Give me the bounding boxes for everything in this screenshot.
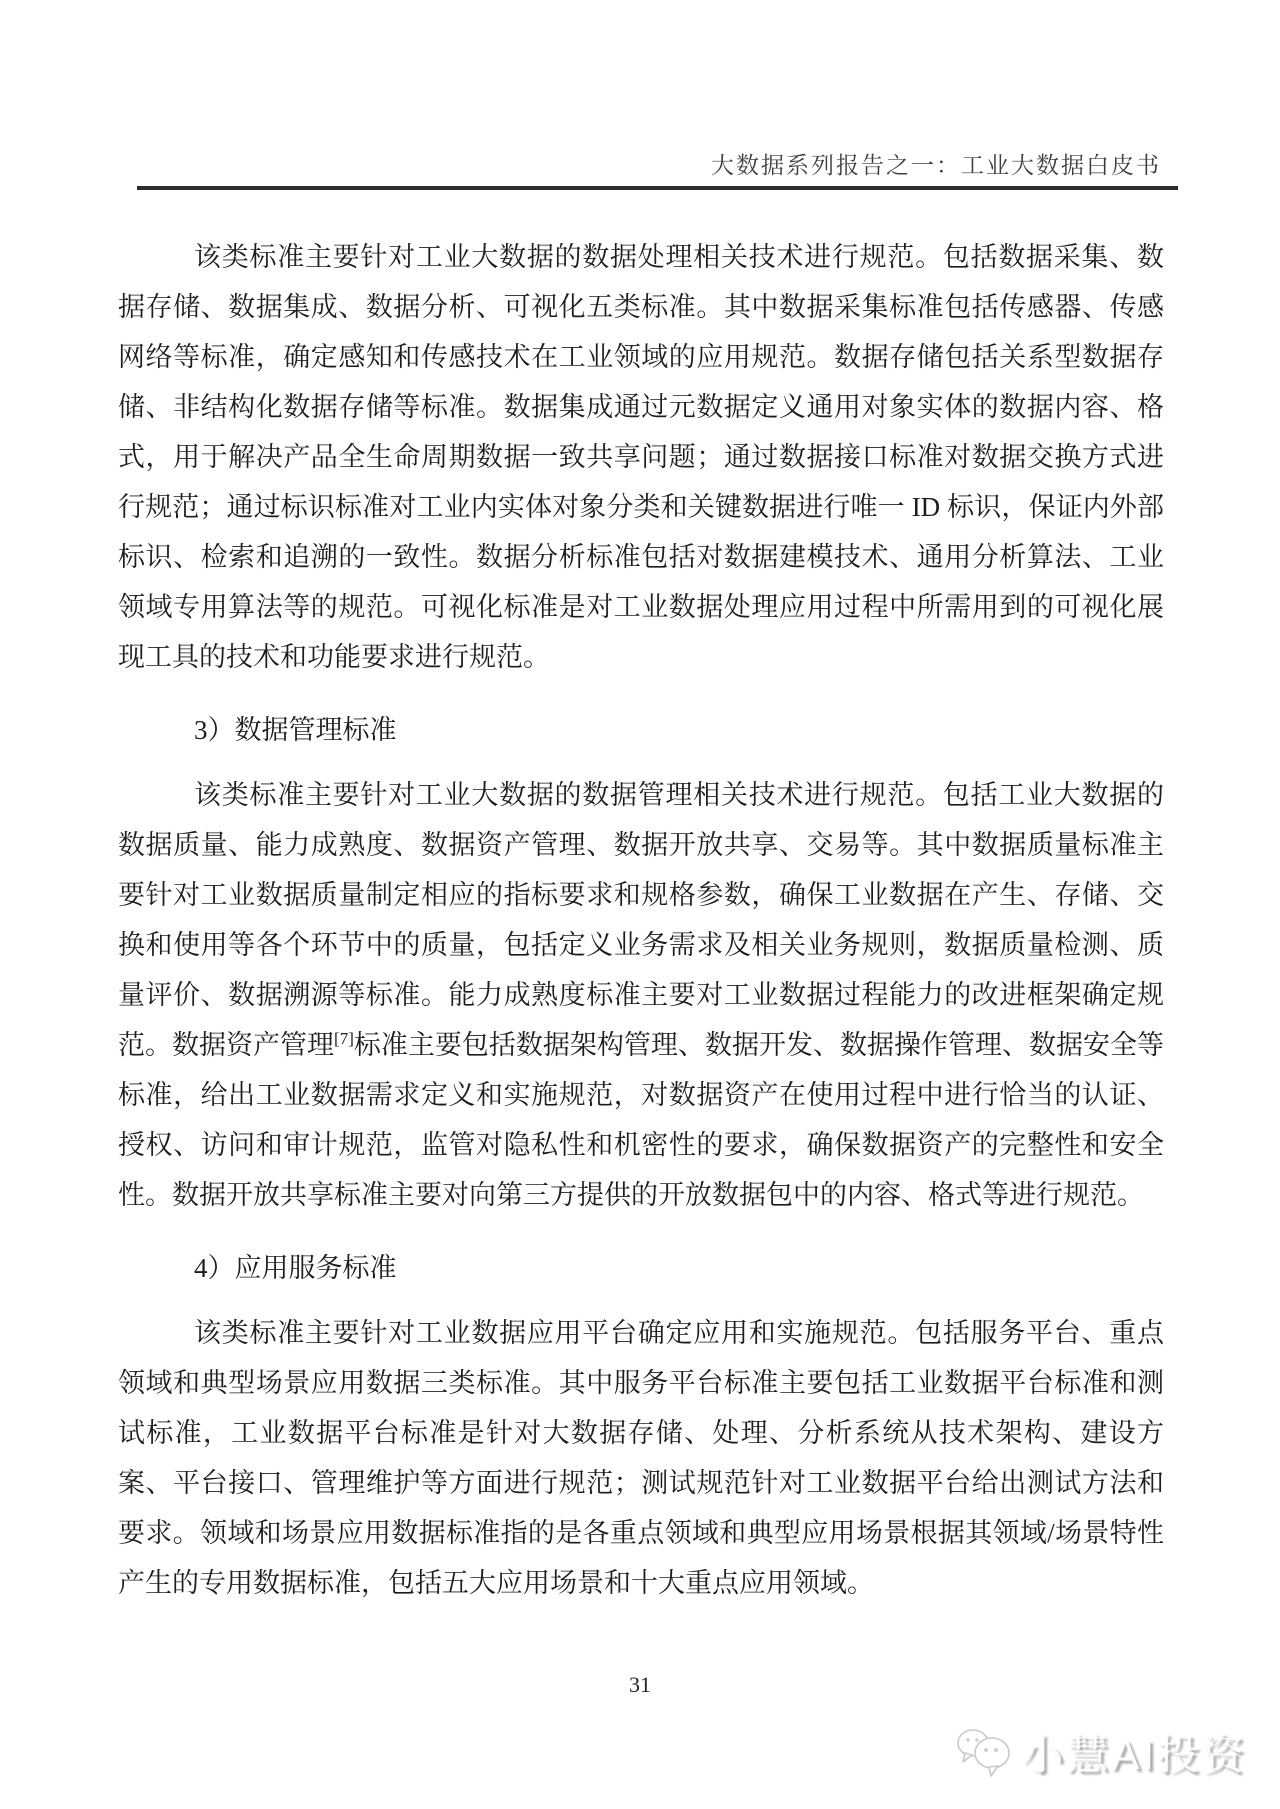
section-heading-data-management: 3）数据管理标准 bbox=[118, 705, 1164, 755]
page-number: 31 bbox=[0, 1672, 1280, 1698]
document-page: 大数据系列报告之一：工业大数据白皮书 该类标准主要针对工业大数据的数据处理相关技… bbox=[0, 0, 1280, 1809]
page-header-title: 大数据系列报告之一：工业大数据白皮书 bbox=[137, 147, 1161, 180]
section-heading-application-service: 4）应用服务标准 bbox=[118, 1243, 1164, 1293]
document-body: 该类标准主要针对工业大数据的数据处理相关技术进行规范。包括数据采集、数据存储、数… bbox=[118, 232, 1164, 1608]
paragraph-application-service: 该类标准主要针对工业数据应用平台确定应用和实施规范。包括服务平台、重点领域和典型… bbox=[118, 1308, 1164, 1608]
header-rule bbox=[137, 186, 1178, 190]
watermark-label: 小慧AI投资 bbox=[1021, 1722, 1247, 1782]
footnote-reference-7: [7] bbox=[334, 1029, 354, 1048]
watermark: 小慧AI投资 bbox=[955, 1722, 1247, 1782]
wechat-icon bbox=[955, 1726, 1013, 1778]
paragraph-data-management: 该类标准主要针对工业大数据的数据管理相关技术进行规范。包括工业大数据的数据质量、… bbox=[118, 770, 1164, 1220]
paragraph-data-processing: 该类标准主要针对工业大数据的数据处理相关技术进行规范。包括数据采集、数据存储、数… bbox=[118, 232, 1164, 682]
paragraph-data-management-text-1: 该类标准主要针对工业大数据的数据管理相关技术进行规范。包括工业大数据的数据质量、… bbox=[118, 780, 1164, 1060]
